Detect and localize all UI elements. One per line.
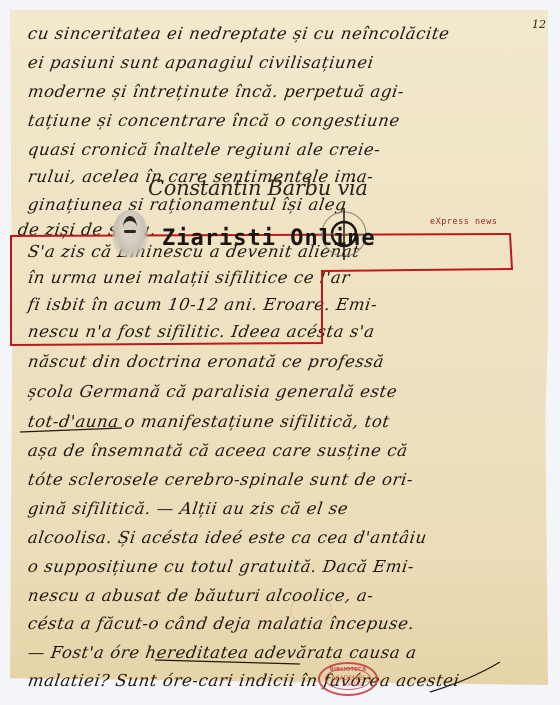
manuscript-line: nescu a abusat de băuturi alcoolice, a- — [27, 586, 530, 605]
portrait-icon — [112, 210, 148, 258]
manuscript-line: césta a făcut-o când deja malatia începu… — [27, 614, 530, 633]
manuscript-line: școla Germană că paralisia generală este — [27, 382, 530, 401]
manuscript-line: o supposițiune cu totul gratuită. Dacă E… — [27, 557, 530, 576]
watermark-credit: Constantin Barbu via — [148, 176, 368, 200]
manuscript-line: ei pasiuni sunt apanagiul civilisațiunei — [27, 53, 530, 72]
manuscript-line: tot-d'auna o manifestațiune sifilitică, … — [27, 412, 530, 431]
manuscript-line: așa de însemnată că aceea care susține c… — [27, 441, 530, 460]
manuscript-line: — Fost'a óre hereditatea adevărata causa… — [27, 643, 530, 662]
stamp-line-3: R.S. ROMANIA — [320, 683, 376, 688]
manuscript-line: fi isbit în acum 10-12 ani. Eroare. Emi- — [27, 295, 530, 314]
stamp-line-1: BIBLIOTECA — [320, 667, 376, 673]
manuscript-line: tóte sclerosele cerebro-spinale sunt de … — [27, 470, 530, 489]
manuscript-line: quasi cronică înaltele regiuni ale creie… — [27, 140, 530, 159]
manuscript-line: alcoolisa. Și acésta ideé este ca cea d'… — [27, 528, 530, 547]
manuscript-line: moderne și întreținute încă. perpetuă ag… — [27, 82, 530, 101]
manuscript-line: născut din doctrina eronată ce professă — [27, 352, 530, 371]
page-number: 12 — [532, 18, 546, 31]
stamp-line-2: ACADEMIEI — [320, 675, 376, 682]
manuscript-line: în urma unei malații sifilitice ce l'ar — [27, 268, 530, 287]
manuscript-line: malatiei? Sunt óre-cari indicii în favór… — [27, 671, 530, 690]
watermark-title: Ziaristi Online — [162, 226, 376, 251]
manuscript-line: cu sinceritatea ei nedreptate și cu neîn… — [27, 24, 530, 43]
watermark-tagline: eXpress news — [430, 217, 497, 227]
manuscript-line: tațiune și concentrare încă o congestiun… — [27, 111, 530, 130]
library-stamp: BIBLIOTECA ACADEMIEI R.S. ROMANIA — [318, 662, 378, 696]
manuscript-line: nescu n'a fost sifilitic. Ideea acésta s… — [27, 322, 530, 341]
manuscript-line: gină sifilitică. — Alții au zis că el se — [27, 499, 530, 518]
faint-stamp-mark — [290, 595, 332, 625]
